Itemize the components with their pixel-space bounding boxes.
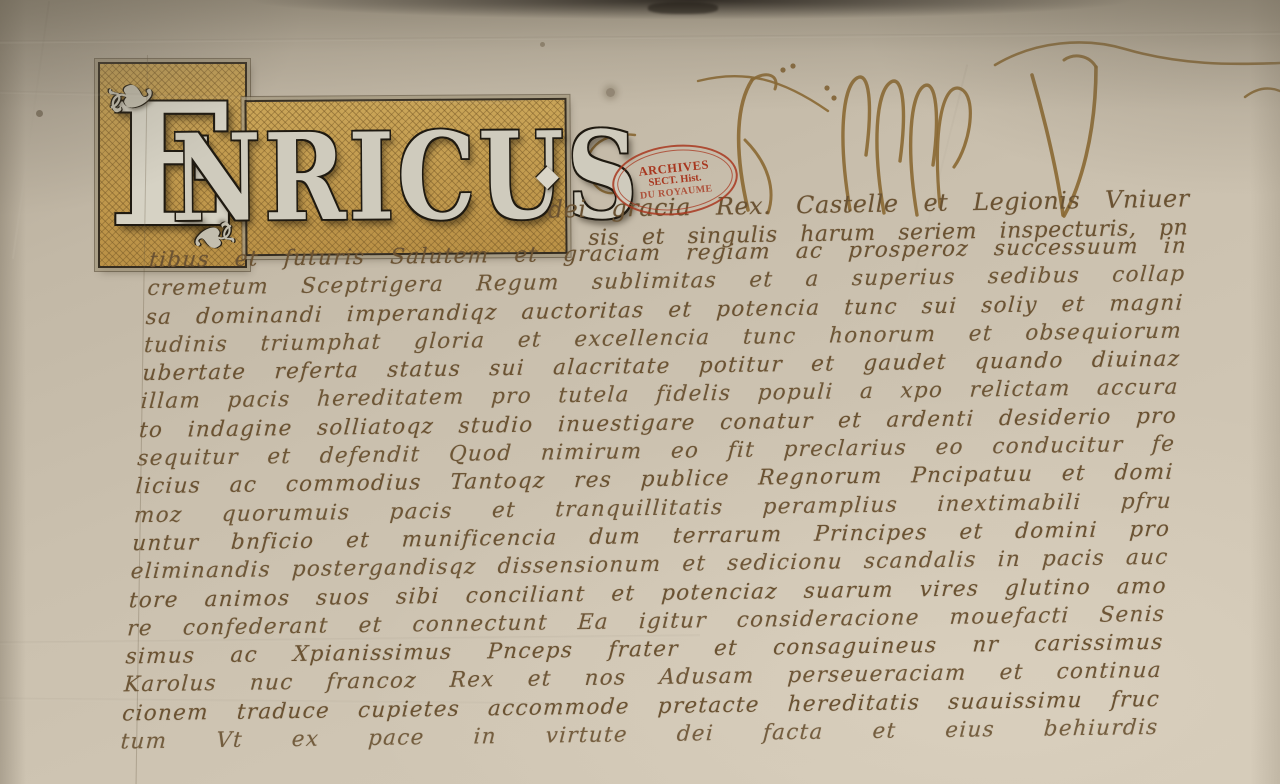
manuscript-body: tibus et futuris Salutem et graciam regi…	[120, 233, 1188, 757]
stain	[648, 2, 718, 14]
crease-line	[12, 1, 50, 259]
illuminated-word-band: NRICUS ◆	[244, 98, 567, 256]
stamp-line-3: DU ROYAUME	[640, 183, 714, 203]
stain	[36, 110, 43, 117]
parchment-page: ❧ E ❧ NRICUS ◆ ARCHIVES SECT. Hist. DU R…	[0, 0, 1280, 784]
stamp-line-1: ARCHIVES	[638, 157, 710, 178]
diamond-ornament-icon: ◆	[536, 158, 559, 193]
